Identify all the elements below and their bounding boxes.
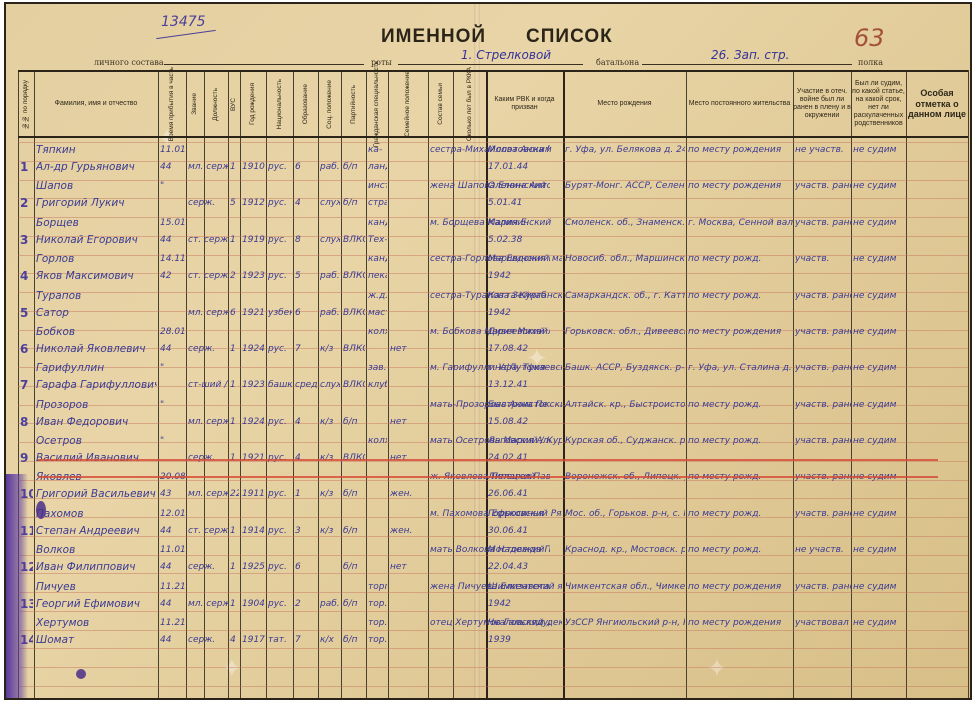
- column-header-rvk: Каким РВК и когда призван: [486, 74, 563, 134]
- cell-nationality: рус.: [268, 486, 292, 503]
- cell-party: б/п: [343, 559, 365, 576]
- cell-birthplace: Смоленск. об., Знаменск. р-н, д. Н. Зате…: [565, 215, 685, 232]
- cell-birthplace: Бурят-Монг. АССР, Селенгинск. р-н, МТС: [565, 178, 685, 195]
- cell-war_participation: не участв.: [795, 142, 851, 159]
- cell-party: б/п: [343, 523, 365, 540]
- cell-civil_specialty: тор.: [368, 596, 387, 613]
- cell-civil_specialty: ка-: [368, 142, 387, 159]
- cell-name: Николай Егорович: [36, 232, 157, 249]
- column-header-birth_year: Год рождения: [240, 74, 266, 134]
- cell-civil_specialty: страховщ.: [368, 195, 387, 212]
- column-header-family: Семейное положение: [388, 74, 428, 134]
- column-header-rank: Звание: [186, 74, 204, 134]
- page-number: 63: [854, 24, 885, 52]
- cell-social: к/з: [320, 341, 340, 358]
- table-row: 8ПрозоровИван Федорович"мл. серж.11924ру…: [18, 397, 968, 431]
- column-header-no: №№ по порядку: [18, 74, 34, 134]
- title-word-2: СПИСОК: [526, 26, 613, 47]
- cell-vus: 1: [230, 341, 239, 358]
- cell-name: Турапов: [36, 288, 157, 305]
- cell-name: Шомат: [36, 632, 157, 649]
- cell-birthplace: Самаркандск. об., г. Катта-Курган, ул. З…: [565, 288, 685, 305]
- cell-nationality: рус.: [268, 341, 292, 358]
- cell-arrival: 11.01.: [160, 542, 185, 559]
- cell-social: раб.: [320, 596, 340, 613]
- cell-vus: 1: [230, 232, 239, 249]
- cell-convictions: не судим: [853, 542, 905, 559]
- cell-war_participation: участв. ранен в плену и окр. не был: [795, 579, 851, 596]
- cell-vus: 2: [230, 268, 239, 285]
- cell-residence: по месту рожд.: [688, 397, 793, 414]
- cell-war_participation: участвовал ранен в окружении: [795, 615, 851, 632]
- cell-nationality: тат.: [268, 632, 292, 649]
- cell-rvk: 1942: [488, 596, 562, 613]
- cell-birthplace: Курская об., Суджанск. р-н, с. Черный Ол…: [565, 433, 685, 450]
- cell-residence: г. Уфа, ул. Сталина д. 17, корпус 7, кв.…: [688, 360, 793, 377]
- cell-nationality: рус.: [268, 523, 292, 540]
- cell-nationality: узбек: [268, 305, 292, 322]
- strikethrough-line: [38, 476, 938, 478]
- cell-no: 4: [20, 268, 33, 285]
- cell-rank: мл. серж.: [188, 414, 228, 431]
- cell-rvk: Шимкентский январь: [488, 579, 562, 596]
- column-header-war_participation: Участие в отеч. войне был ли ранен в пле…: [793, 74, 851, 134]
- cell-convictions: не судим: [853, 178, 905, 195]
- cell-birth_year: 1923: [242, 377, 265, 394]
- cell-convictions: не судим: [853, 215, 905, 232]
- cell-nationality: рус.: [268, 268, 292, 285]
- cell-rank: серж.: [188, 195, 228, 212]
- cell-civil_specialty: ландр.: [368, 159, 387, 176]
- cell-civil_specialty: колх.: [368, 433, 387, 450]
- cell-arrival: 11.21: [160, 615, 185, 632]
- cell-civil_specialty: пекарь: [368, 268, 387, 285]
- cell-residence: по месту рожд.: [688, 251, 793, 268]
- cell-civil_specialty: клубом: [368, 377, 387, 394]
- cell-arrival: 15.01.: [160, 215, 185, 232]
- cell-no: 2: [20, 195, 33, 212]
- document-title: ИМЕННОЙСПИСОК: [381, 26, 613, 48]
- cell-convictions: не судим: [853, 324, 905, 341]
- cell-birthplace: УзССР Янгиюльский р-н, Карманакский с/с: [565, 615, 685, 632]
- cell-no: 6: [20, 341, 33, 358]
- cell-birth_year: 1904: [242, 596, 265, 613]
- cell-nationality: рус.: [268, 232, 292, 249]
- cell-education: 1: [295, 486, 317, 503]
- cell-rvk: Горьковский Рязанской обл.: [488, 506, 562, 523]
- cell-birthplace: Чимкентская обл., Чимкентский р-н, ст. К…: [565, 579, 685, 596]
- cell-rank: ст. серж.: [188, 523, 228, 540]
- cell-social: раб.: [320, 305, 340, 322]
- column-header-birthplace: Место рождения: [563, 74, 686, 134]
- cell-no: 1: [20, 159, 33, 176]
- cell-war_participation: участв.: [795, 251, 851, 268]
- cell-rvk: 1942: [488, 305, 562, 322]
- header-rule: [18, 136, 968, 138]
- cell-name: Гарафа Гарифуллович: [36, 377, 157, 394]
- column-header-social: Соц. положение: [318, 74, 341, 134]
- cell-nationality: рус.: [268, 195, 292, 212]
- cell-social: раб.: [320, 159, 340, 176]
- cell-arrival: 43: [160, 486, 185, 503]
- cell-war_participation: не участв.: [795, 542, 851, 559]
- cell-residence: по месту рожд.: [688, 288, 793, 305]
- cell-name: Шапов: [36, 178, 157, 195]
- cell-rvk: 22.04.43: [488, 559, 562, 576]
- cell-rvk: Дивеевский: [488, 324, 562, 341]
- cell-rvk: г. Уфа, Тукаевский: [488, 360, 562, 377]
- cell-arrival: 11.01.: [160, 142, 185, 159]
- cell-birth_year: 1925: [242, 559, 265, 576]
- cell-nationality: рус.: [268, 159, 292, 176]
- cell-arrival: 14.11.: [160, 251, 185, 268]
- cell-name: Горлов: [36, 251, 157, 268]
- cell-party: ВЛКСМ: [343, 377, 365, 394]
- cell-rvk: 13.12.41: [488, 377, 562, 394]
- cell-name: Иван Филиппович: [36, 559, 157, 576]
- cell-party: ВЛКСМ: [343, 232, 365, 249]
- cell-arrival: 44: [160, 632, 185, 649]
- cell-war_participation: участв. ранен: [795, 433, 851, 450]
- cell-education: 4: [295, 414, 317, 431]
- cell-nationality: башк.: [268, 377, 292, 394]
- cell-rank: серж.: [188, 341, 228, 358]
- cell-family: жен.: [390, 486, 427, 503]
- cell-no: 7: [20, 377, 33, 394]
- column-header-name: Фамилия, имя и отчество: [34, 74, 158, 134]
- cell-birth_year: 1910: [242, 159, 265, 176]
- cell-birth_year: 1923: [242, 268, 265, 285]
- cell-arrival: ": [160, 178, 185, 195]
- cell-vus: 1: [230, 523, 239, 540]
- cell-education: 6: [295, 305, 317, 322]
- inventory-number: 13475: [161, 14, 206, 30]
- ruled-line: [18, 686, 968, 687]
- cell-birthplace: г. Уфа, ул. Белякова д. 24: [565, 142, 685, 159]
- cell-name: Николай Яковлевич: [36, 341, 157, 358]
- table-row: 14ХертумовШомат11.2144серж.41917тат.7к/х…: [18, 615, 968, 649]
- cell-party: б/п: [343, 596, 365, 613]
- roster-table: №№ по порядкуФамилия, имя и отчествоВрем…: [18, 70, 968, 698]
- cell-civil_specialty: торг.: [368, 579, 387, 596]
- cell-convictions: не судим: [853, 142, 905, 159]
- cell-birthplace: Новосиб. обл., Маршинск.: [565, 251, 685, 268]
- cell-convictions: не судим: [853, 615, 905, 632]
- cell-name: Тяпкин: [36, 142, 157, 159]
- cell-education: 7: [295, 632, 317, 649]
- cell-birth_year: 1912: [242, 195, 265, 212]
- cell-rank: мл. серж.: [188, 596, 228, 613]
- cell-war_participation: участв. ранен: [795, 288, 851, 305]
- table-row: 1ТяпкинАл-др Гурьянович11.01.44мл. серж1…: [18, 142, 968, 176]
- cell-education: 6: [295, 159, 317, 176]
- cell-name: Георгий Ефимович: [36, 596, 157, 613]
- cell-arrival: 44: [160, 523, 185, 540]
- cell-education: средн.: [295, 377, 317, 394]
- composition-label: личного состава: [94, 58, 164, 67]
- strikethrough-line: [38, 459, 938, 461]
- cell-arrival: ": [160, 433, 185, 450]
- column-header-convictions: Был ли судим, по какой статье, на какой …: [851, 74, 906, 134]
- column-header-vus: ВУС: [228, 74, 240, 134]
- cell-education: 4: [295, 195, 317, 212]
- cell-birthplace: Краснод. кр., Мостовск. р-н, ст. Перепра…: [565, 542, 685, 559]
- cell-rank: мл. серж: [188, 159, 228, 176]
- table-row: 7ГарифуллинГарафа Гарифуллович"ст-ший / …: [18, 360, 968, 394]
- cell-vus: 1: [230, 559, 239, 576]
- cell-name: Хертумов: [36, 615, 157, 632]
- cell-civil_specialty: тор.: [368, 632, 387, 649]
- cell-education: 8: [295, 232, 317, 249]
- column-header-position: Должность: [204, 74, 228, 134]
- cell-civil_specialty: зав.: [368, 360, 387, 377]
- cell-party: б/п: [343, 632, 365, 649]
- cell-party: б/п: [343, 486, 365, 503]
- cell-birthplace: Башк. АССР, Буздякск. р-н, д. Старый Мус…: [565, 360, 685, 377]
- cell-social: служ.: [320, 195, 340, 212]
- ink-blot: [36, 501, 46, 519]
- cell-arrival: 44: [160, 341, 185, 358]
- cell-arrival: ": [160, 397, 185, 414]
- cell-no: 3: [20, 232, 33, 249]
- cell-rvk: Молотовским: [488, 142, 562, 159]
- cell-residence: по месту рождения: [688, 178, 793, 195]
- cell-arrival: 44: [160, 159, 185, 176]
- cell-convictions: не судим: [853, 251, 905, 268]
- cell-rank: ст. сержант: [188, 232, 228, 249]
- cell-residence: г. Москва, Сенной вал 14/45: [688, 215, 793, 232]
- cell-name: Ал-др Гурьянович: [36, 159, 157, 176]
- cell-vus: 1: [230, 377, 239, 394]
- cell-convictions: не судим: [853, 288, 905, 305]
- cell-rvk: 30.06.41: [488, 523, 562, 540]
- cell-residence: по месту рожд.: [688, 433, 793, 450]
- cell-vus: 6: [230, 305, 239, 322]
- cell-convictions: не судим: [853, 579, 905, 596]
- cell-vus: 4: [230, 632, 239, 649]
- cell-rvk: 15.08.42: [488, 414, 562, 431]
- cell-rvk: Оленинский: [488, 178, 562, 195]
- cell-war_participation: участв. ранен: [795, 397, 851, 414]
- cell-education: 2: [295, 596, 317, 613]
- cell-vus: 1: [230, 159, 239, 176]
- cell-name: Яков Максимович: [36, 268, 157, 285]
- cell-birth_year: 1911: [242, 486, 265, 503]
- cell-name: Пахомов: [36, 506, 157, 523]
- cell-birth_year: 1921: [242, 305, 265, 322]
- table-row: 10ЯковлевГригорий Васильевич20.08.43мл. …: [18, 469, 968, 503]
- header-rule: [18, 70, 968, 72]
- cell-arrival: 44: [160, 232, 185, 249]
- cell-convictions: не судим: [853, 506, 905, 523]
- cell-family: нет: [390, 559, 427, 576]
- cell-civil_specialty: Тех-: [368, 232, 387, 249]
- table-row: 4ГорловЯков Максимович14.11.42ст. серж.2…: [18, 251, 968, 285]
- cell-birth_year: 1924: [242, 414, 265, 431]
- cell-name: Григорий Васильевич: [36, 486, 157, 503]
- cell-residence: по месту рождения: [688, 324, 793, 341]
- cell-social: к/з: [320, 486, 340, 503]
- cell-birth_year: 1914: [242, 523, 265, 540]
- cell-arrival: 11.21: [160, 579, 185, 596]
- cell-rvk: 1942: [488, 268, 562, 285]
- cell-convictions: не судим: [853, 433, 905, 450]
- cell-rvk: Льговский / Курской обл.: [488, 433, 562, 450]
- cell-war_participation: участв. ранен: [795, 178, 851, 195]
- cell-war_participation: участв. ранен: [795, 324, 851, 341]
- column-divider: [968, 70, 969, 698]
- cell-rvk: 5.01.41: [488, 195, 562, 212]
- cell-rvk: 17.08.42: [488, 341, 562, 358]
- column-header-nationality: Национальность: [266, 74, 293, 134]
- cell-rank: серж.: [188, 559, 228, 576]
- cell-rank: ст. серж.: [188, 268, 228, 285]
- cell-birthplace: Мос. об., Горьков. р-н, с. Казинка: [565, 506, 685, 523]
- cell-education: 5: [295, 268, 317, 285]
- cell-civil_specialty: канд.: [368, 215, 387, 232]
- cell-name: Григорий Лукич: [36, 195, 157, 212]
- cell-party: б/п: [343, 159, 365, 176]
- cell-arrival: 44: [160, 596, 185, 613]
- cell-vus: 1: [230, 414, 239, 431]
- cell-family: жен.: [390, 523, 427, 540]
- cell-rank: мл. серж.: [188, 486, 228, 503]
- cell-nationality: рус.: [268, 596, 292, 613]
- cell-arrival: 44: [160, 559, 185, 576]
- column-header-special_note: Особая отметка о данном лице: [906, 74, 968, 134]
- cell-vus: 22: [230, 486, 239, 503]
- table-row: 3БорщевНиколай Егорович15.01.44ст. сержа…: [18, 215, 968, 249]
- cell-name: Иван Федорович: [36, 414, 157, 431]
- cell-war_participation: участв. ранен: [795, 360, 851, 377]
- cell-party: ВЛКСМ: [343, 341, 365, 358]
- unit-line: личного состава роты 1. Стрелковой батал…: [6, 54, 970, 70]
- cell-rvk: 17.01.44: [488, 159, 562, 176]
- cell-name: Волков: [36, 542, 157, 559]
- cell-rvk: Быстроистокский: [488, 397, 562, 414]
- cell-arrival: ": [160, 360, 185, 377]
- cell-civil_specialty: инстр.: [368, 178, 387, 195]
- cell-convictions: не судим: [853, 360, 905, 377]
- cell-rvk: Катта-Курганский январь: [488, 288, 562, 305]
- cell-name: Гарифуллин: [36, 360, 157, 377]
- cell-name: Бобков: [36, 324, 157, 341]
- company-value: 1. Стрелковой: [461, 48, 551, 62]
- column-header-residence: Место постоянного жительства: [686, 74, 793, 134]
- battalion-label: батальона: [596, 58, 639, 67]
- cell-family: нет: [390, 414, 427, 431]
- cell-family: нет: [390, 341, 427, 358]
- cell-name: Степан Андреевич: [36, 523, 157, 540]
- cell-social: к/з: [320, 414, 340, 431]
- cell-name: Пичуев: [36, 579, 157, 596]
- cell-education: 3: [295, 523, 317, 540]
- table-row: 6БобковНиколай Яковлевич28.01.44серж.119…: [18, 324, 968, 358]
- column-header-education: Образование: [293, 74, 318, 134]
- table-row: 5ТураповСатормл. серж.61921узбек6раб.ВЛК…: [18, 288, 968, 322]
- cell-residence: по месту рождения: [688, 142, 793, 159]
- cell-rank: мл. серж.: [188, 305, 228, 322]
- column-header-arrival: Время прибытия в часть: [158, 74, 186, 134]
- table-row: 9ОсетровВасилий Иванович"серж.11921рус.4…: [18, 433, 968, 467]
- cell-name: Осетров: [36, 433, 157, 450]
- cell-residence: по месту рождения: [688, 579, 793, 596]
- cell-rvk: Маршинский май: [488, 251, 562, 268]
- cell-arrival: 42: [160, 268, 185, 285]
- cell-war_participation: участв. ранен: [795, 215, 851, 232]
- cell-birth_year: 1919: [242, 232, 265, 249]
- cell-no: 5: [20, 305, 33, 322]
- table-row: 12ВолковИван Филиппович11.01.44серж.1192…: [18, 542, 968, 576]
- cell-no: 8: [20, 414, 33, 431]
- cell-birth_year: 1924: [242, 341, 265, 358]
- cell-rvk: Мостовский: [488, 542, 562, 559]
- cell-nationality: рус.: [268, 414, 292, 431]
- table-row: 11ПахомовСтепан Андреевич12.01.44ст. сер…: [18, 506, 968, 540]
- cell-rvk: Чкаловский декабрь: [488, 615, 562, 632]
- cell-civil_specialty: мастер: [368, 305, 387, 322]
- cell-civil_specialty: колх.: [368, 324, 387, 341]
- ruled-line: [18, 667, 968, 668]
- cell-rvk: 1939: [488, 632, 562, 649]
- cell-nationality: рус.: [268, 559, 292, 576]
- cell-party: б/п: [343, 195, 365, 212]
- cell-rvk: Калининский: [488, 215, 562, 232]
- column-header-party: Партийность: [341, 74, 366, 134]
- cell-rvk: 26.06.41: [488, 486, 562, 503]
- cell-arrival: 28.01.: [160, 324, 185, 341]
- cell-rvk: 5.02.38: [488, 232, 562, 249]
- cell-name: Борщев: [36, 215, 157, 232]
- battalion-value: 26. Зап. стр.: [711, 48, 789, 62]
- cell-vus: 1: [230, 596, 239, 613]
- column-header-years_rkka: Сколько лет был в РККА: [453, 74, 486, 134]
- cell-no: 9: [20, 450, 33, 467]
- cell-birthplace: Горьковск. обл., Дивеевск. р-н, д. Верть…: [565, 324, 685, 341]
- cell-name: Прозоров: [36, 397, 157, 414]
- inventory-underline: [156, 30, 216, 39]
- cell-civil_specialty: тор.: [368, 615, 387, 632]
- cell-convictions: не судим: [853, 397, 905, 414]
- cell-civil_specialty: кандид.: [368, 251, 387, 268]
- cell-social: к/з: [320, 523, 340, 540]
- cell-social: раб.: [320, 268, 340, 285]
- cell-social: служ.: [320, 377, 340, 394]
- cell-party: ВЛКСМ: [343, 305, 365, 322]
- regiment-label: полка: [858, 58, 883, 67]
- roster-sheet: ✦ ✦ ✦ ✦ 13475 ИМЕННОЙСПИСОК 63 личного с…: [4, 2, 972, 700]
- table-row: 13ПичуевГеоргий Ефимович11.2144мл. серж.…: [18, 579, 968, 613]
- cell-war_participation: участв. ранен: [795, 506, 851, 523]
- cell-party: ВЛКСМ: [343, 268, 365, 285]
- column-header-civil_specialty: Гражданская специальность: [366, 74, 388, 134]
- title-word-1: ИМЕННОЙ: [381, 26, 486, 47]
- cell-residence: по месту рожд.: [688, 506, 793, 523]
- cell-residence: по месту рождения: [688, 615, 793, 632]
- table-row: 2ШаповГригорий Лукич"серж.51912рус.4служ…: [18, 178, 968, 212]
- cell-birth_year: 1917: [242, 632, 265, 649]
- cell-vus: 5: [230, 195, 239, 212]
- cell-rank: серж.: [188, 632, 228, 649]
- cell-birthplace: Алтайск. кр., Быстроистокск. р-н, к-з им…: [565, 397, 685, 414]
- cell-name: Сатор: [36, 305, 157, 322]
- cell-arrival: 12.01.: [160, 506, 185, 523]
- column-header-family_members: Состав семьи: [428, 74, 453, 134]
- cell-education: 7: [295, 341, 317, 358]
- cell-social: к/х: [320, 632, 340, 649]
- cell-education: 6: [295, 559, 317, 576]
- cell-civil_specialty: ж.д.: [368, 288, 387, 305]
